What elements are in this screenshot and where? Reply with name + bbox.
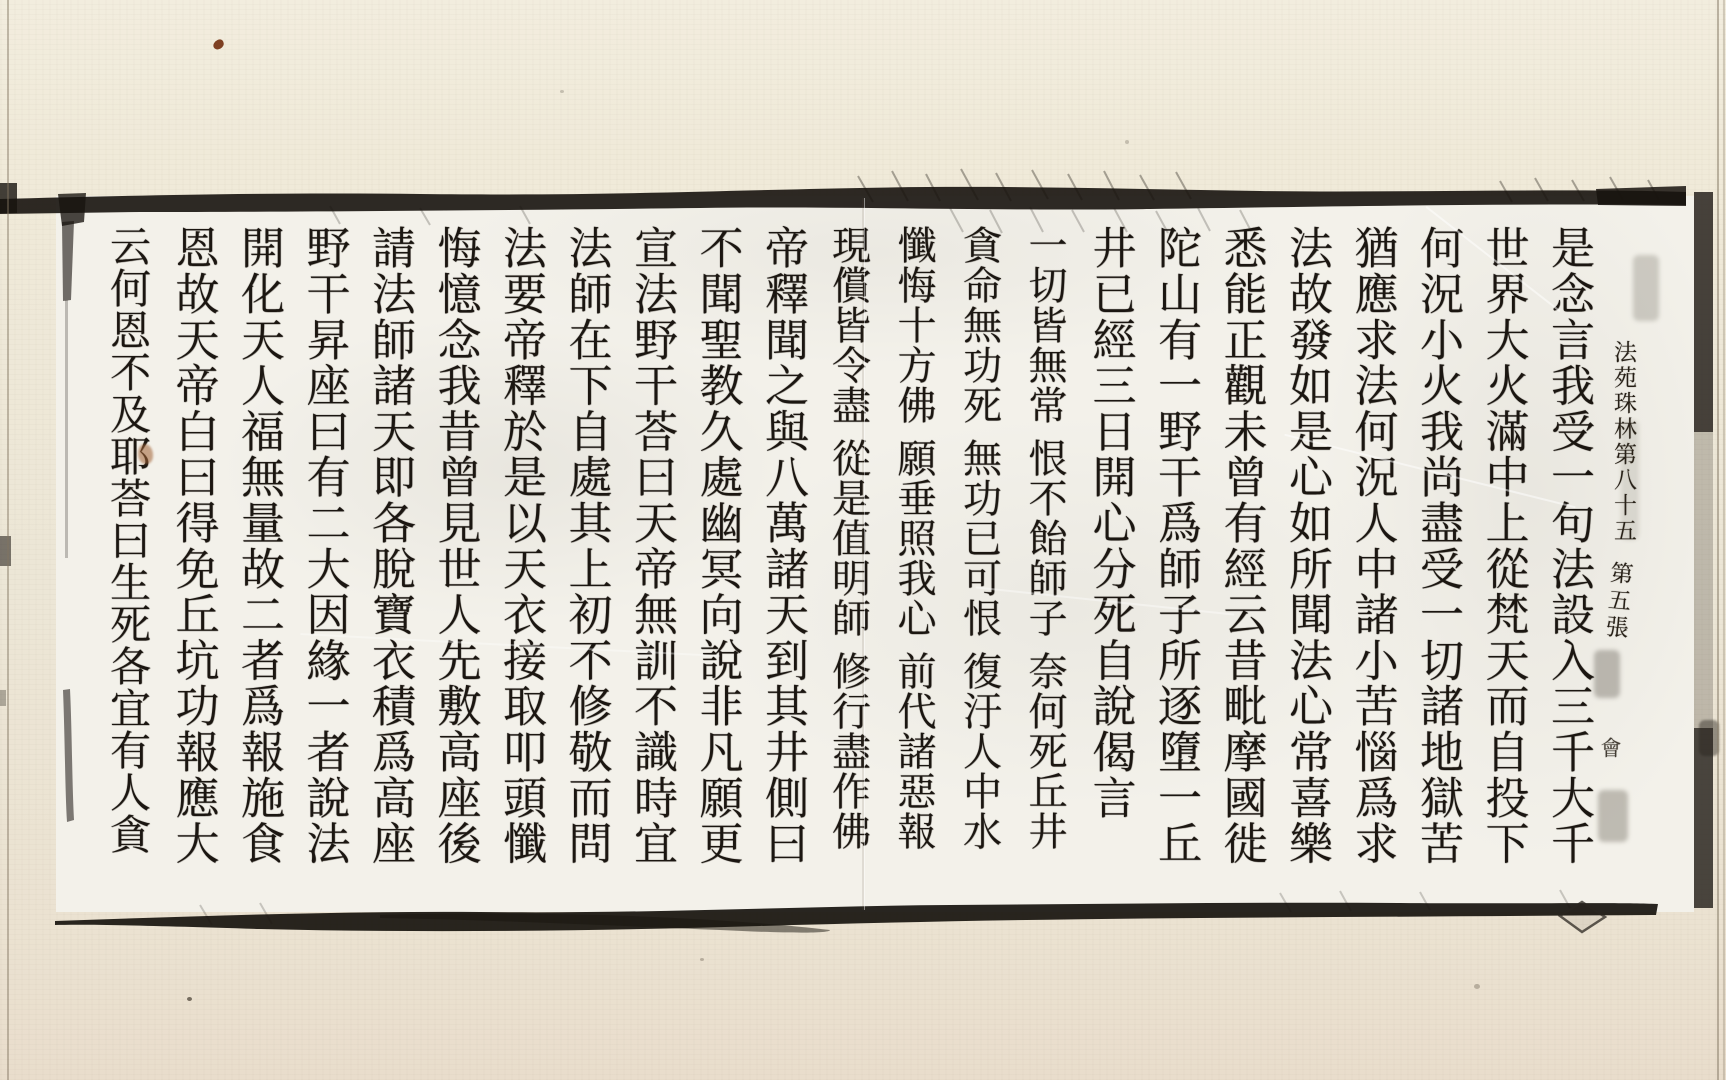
text-column-16: 法師在下自處其上初不修敬而問 (562, 225, 610, 866)
text-column-18: 悔憶念我昔曾見世人先敷高座後 (431, 225, 479, 866)
text-column-4: 猶應求法何況人中諸小苦惱爲求 (1348, 225, 1396, 866)
paper-speck (1125, 140, 1129, 144)
verse-line: 無功已可恨 (957, 438, 1002, 638)
text-column-6: 悉能正觀未曾有經云昔毗摩國徙 (1217, 225, 1265, 866)
verse-line: 修行盡作佛 (826, 651, 871, 851)
text-column-12: 現償皆令盡從是值明師修行盡作佛 (824, 225, 872, 851)
text-column-15: 宣法野干荅曰天帝無訓不識時宜 (627, 225, 675, 866)
paper-speck (560, 90, 564, 93)
text-column-14: 不聞聖教久處幽冥向說非凡願更 (693, 225, 741, 866)
text-column-8: 井已經三日開心分死自說偈言 (1086, 225, 1134, 820)
verse-line: 復汙人中水 (957, 651, 1002, 851)
margin-sheet-number: 第五張 (1598, 560, 1638, 644)
text-column-23: 云何恩不及耶荅曰生死各宜有人貪 (103, 225, 151, 855)
verse-line: 貪命無功死 (957, 225, 1002, 425)
text-column-13: 帝釋聞之與八萬諸天到其井側曰 (758, 225, 806, 866)
verse-line: 現償皆令盡 (826, 225, 871, 425)
woodblock-page-scan: 是念言我受一句法設入三千大千世界大火滿中上從梵天而自投下何況小火我尚盡受一切諸地… (0, 0, 1726, 1080)
paper-speck (1474, 984, 1480, 989)
verse-line: 奈何死丘井 (1022, 651, 1067, 851)
verse-line: 懺悔十方佛 (891, 225, 936, 425)
text-column-22: 恩故天帝白曰得免丘坑功報應大 (169, 225, 217, 866)
text-column-10: 貪命無功死無功已可恨復汙人中水 (955, 225, 1003, 851)
text-column-9: 一切皆無常恨不飴師子奈何死丘井 (1020, 225, 1068, 851)
paper-edge-right (1717, 0, 1719, 1080)
margin-work-title: 法苑珠林第八十五 (1607, 340, 1640, 544)
text-column-17: 法要帝釋於是以天衣接取叩頭懺 (496, 225, 544, 866)
text-column-2: 世界大火滿中上從梵天而自投下 (1479, 225, 1527, 866)
text-column-7: 陀山有一野干爲師子所逐墮一丘 (1151, 225, 1199, 866)
text-column-1: 是念言我受一句法設入三千大千 (1544, 225, 1592, 866)
text-column-21: 開化天人福無量故二者爲報施食 (234, 225, 282, 866)
margin-fold-character: 會 (1595, 737, 1625, 758)
verse-line: 願垂照我心 (891, 438, 936, 638)
paper-edge-left (7, 0, 9, 1080)
paper-edge-right (1723, 0, 1725, 1080)
text-column-20: 野干昇座曰有二大因緣一者說法 (300, 225, 348, 866)
text-column-11: 懺悔十方佛願垂照我心前代諸惡報 (889, 225, 937, 851)
text-column-5: 法故發如是心如所聞法心常喜樂 (1282, 225, 1330, 866)
verse-line: 前代諸惡報 (891, 651, 936, 851)
text-column-19: 請法師諸天即各脫寶衣積爲高座 (365, 225, 413, 866)
verse-line: 從是值明師 (826, 438, 871, 638)
text-column-3: 何況小火我尚盡受一切諸地獄苦 (1413, 225, 1461, 866)
verse-line: 一切皆無常 (1022, 225, 1067, 425)
red-ink-speck (212, 38, 226, 51)
ink-smudge (1699, 720, 1719, 756)
verse-line: 恨不飴師子 (1022, 438, 1067, 638)
paper-speck (187, 997, 192, 1001)
paper-speck (700, 958, 704, 961)
